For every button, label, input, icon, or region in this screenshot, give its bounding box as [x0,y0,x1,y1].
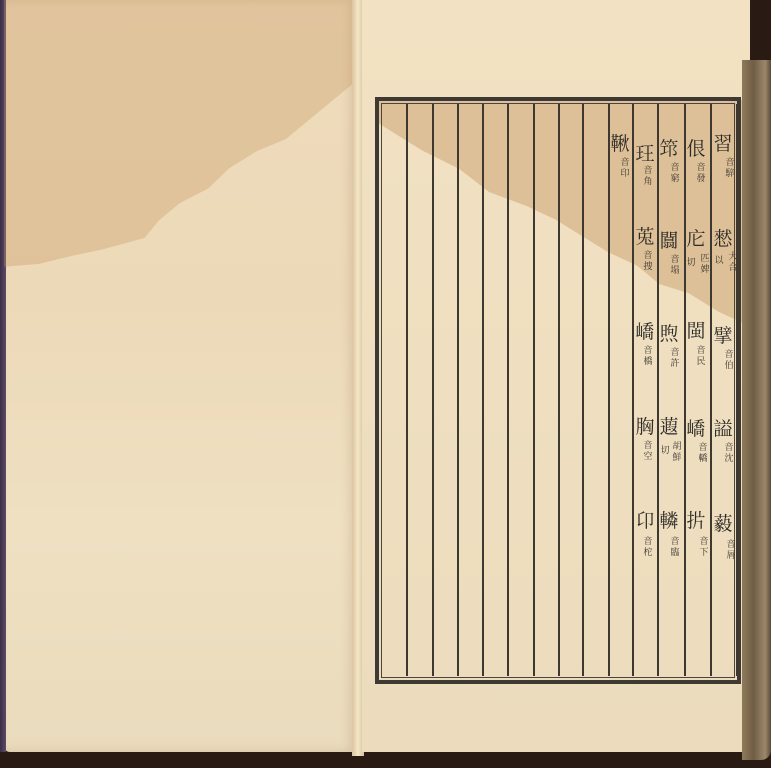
entry-note: 音沈 [722,443,736,465]
entry-char: 謚 [712,420,734,439]
entry-char: 煦 [658,325,680,344]
entry-note: 音轎 [696,443,710,465]
page-fore-edge [742,60,771,760]
column-rule [736,104,738,676]
entry-char: 卬 [634,512,656,531]
column-rule [657,104,659,676]
entry-char: 藙 [712,515,734,534]
entry-note: 音騂 [723,158,737,180]
entry-note: 音伯 [722,350,736,372]
column-rule [710,104,712,676]
entry-char: 擘 [712,327,734,346]
entry-note: 胡鮮 [670,442,684,464]
entry-note: 音橋 [641,346,655,368]
entry-note: 切 [658,446,672,457]
column-rule [608,104,610,676]
entry-char: 嶠 [634,323,656,342]
column-rule [582,104,584,676]
entry-char: 玨 [634,145,656,164]
entry-note: 音窮 [668,163,682,185]
entry-note: 音民 [694,346,708,368]
column-rule [507,104,509,676]
entry-char: 佷 [685,140,707,159]
entry-note: 音塌 [668,255,682,277]
entry-char: 胸 [634,418,656,437]
entry-note: 音發 [694,163,708,185]
entry-char: 憖 [712,230,734,249]
column-rule [406,104,408,676]
entry-note: 切 [684,258,698,269]
entry-note: 以 [712,256,726,267]
entry-char: 習 [712,135,734,154]
entry-char: 嶠 [685,420,707,439]
entry-char: 轔 [658,512,680,531]
column-rule [432,104,434,676]
entry-note: 音捜 [641,251,655,273]
entry-char: 庀 [685,230,707,249]
open-book: 習 音騂 憖 大合 以 擘 音伯 謚 音沈 藙 音屑 佷 音發 庀 匹婢 切 閩… [0,0,771,768]
entry-char: 鞦 [609,135,631,154]
entry-note: 音下 [697,537,711,559]
entry-note: 音空 [641,441,655,463]
entry-note: 音角 [641,166,655,188]
entry-char: 閩 [685,322,707,341]
entry-char: 筇 [658,140,680,159]
column-rule [533,104,535,676]
entry-note: 音印 [618,158,632,180]
column-rule [558,104,560,676]
entry-note: 音柁 [641,537,655,559]
column-rule [632,104,634,676]
column-rule [457,104,459,676]
entry-note: 匹婢 [698,254,712,276]
entry-note: 音屑 [724,540,738,562]
column-rule [482,104,484,676]
entry-note: 音臨 [668,537,682,559]
column-rule [684,104,686,676]
entry-note: 大合 [726,252,740,274]
entry-char: 闒 [658,232,680,251]
entry-char: 莵 [634,228,656,247]
entry-char: 蕸 [658,418,680,437]
entry-note: 音許 [668,348,682,370]
entry-char: 扸 [685,512,707,531]
